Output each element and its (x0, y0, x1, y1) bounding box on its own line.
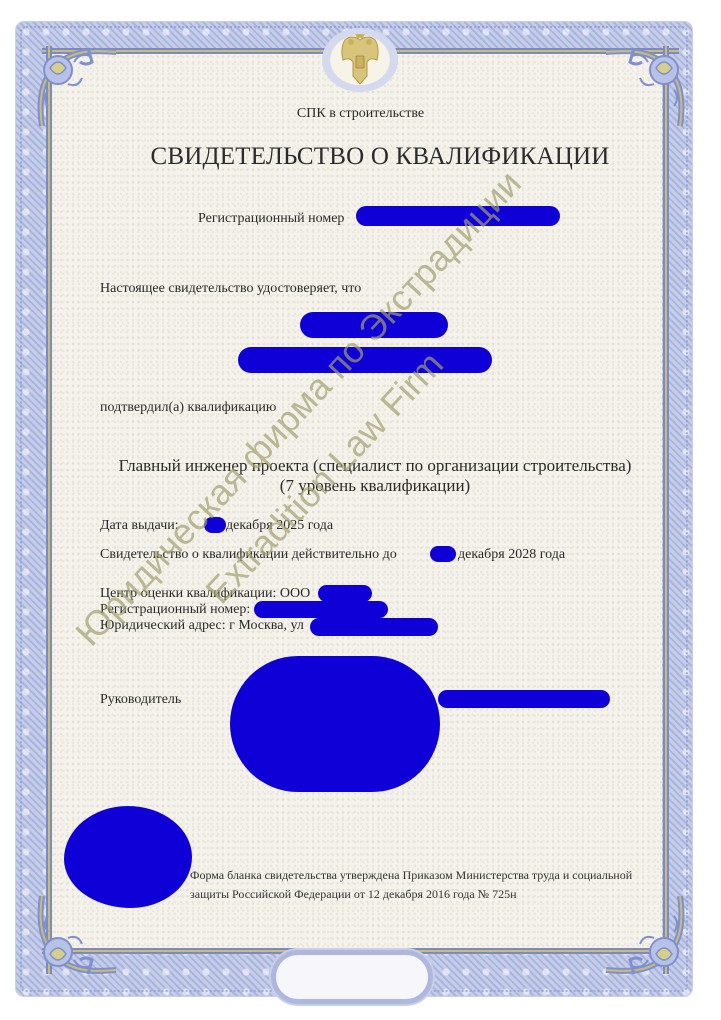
frame-rule-left (46, 46, 52, 974)
redacted-head-name (438, 690, 610, 708)
intro-text: Настоящее свидетельство удостоверяет, чт… (100, 281, 361, 297)
assessment-center-label: Центр оценки квалификации: ООО (100, 586, 310, 601)
head-label: Руководитель (100, 692, 181, 708)
redacted-holder-name-line2 (238, 347, 492, 373)
valid-until-value: декабря 2028 года (458, 547, 565, 563)
issue-date-label: Дата выдачи: (100, 518, 179, 534)
certificate-title: СВИДЕТЕЛЬСТВО О КВАЛИФИКАЦИИ (0, 143, 721, 171)
redacted-signature (230, 656, 440, 792)
redacted-assessment-center-address (310, 618, 438, 636)
redacted-assessment-center-reg (254, 601, 388, 618)
floral-corner-icon (28, 892, 120, 984)
redacted-holder-name-line1 (300, 312, 448, 338)
redacted-registration-number (356, 206, 560, 226)
issue-date-value: декабря 2025 года (226, 518, 333, 534)
floral-corner-icon (602, 892, 694, 984)
assessment-center-address-label: Юридический адрес: г Москва, ул (100, 618, 304, 633)
valid-until-label: Свидетельство о квалификации действитель… (100, 547, 397, 563)
frame-rule-right (663, 46, 669, 974)
issuing-organization: СПК в строительстве (0, 106, 721, 122)
form-approval-footnote: Форма бланка свидетельства утверждена Пр… (190, 866, 650, 904)
emblem-medallion (322, 28, 398, 92)
registration-number-label: Регистрационный номер (198, 211, 344, 227)
redacted-issue-day (204, 517, 226, 533)
redacted-assessment-center-name (318, 585, 372, 602)
bottom-cartouche (276, 955, 428, 999)
confirmed-text: подтвердил(а) квалификацию (100, 400, 276, 416)
assessment-center-reg-label: Регистрационный номер: (100, 602, 250, 617)
frame-rule-bottom (42, 948, 679, 954)
redacted-seal (64, 806, 192, 908)
double-headed-eagle-icon (339, 32, 381, 88)
qualification-title: Главный инженер проекта (специалист по о… (110, 456, 640, 496)
redacted-valid-day (430, 546, 456, 562)
